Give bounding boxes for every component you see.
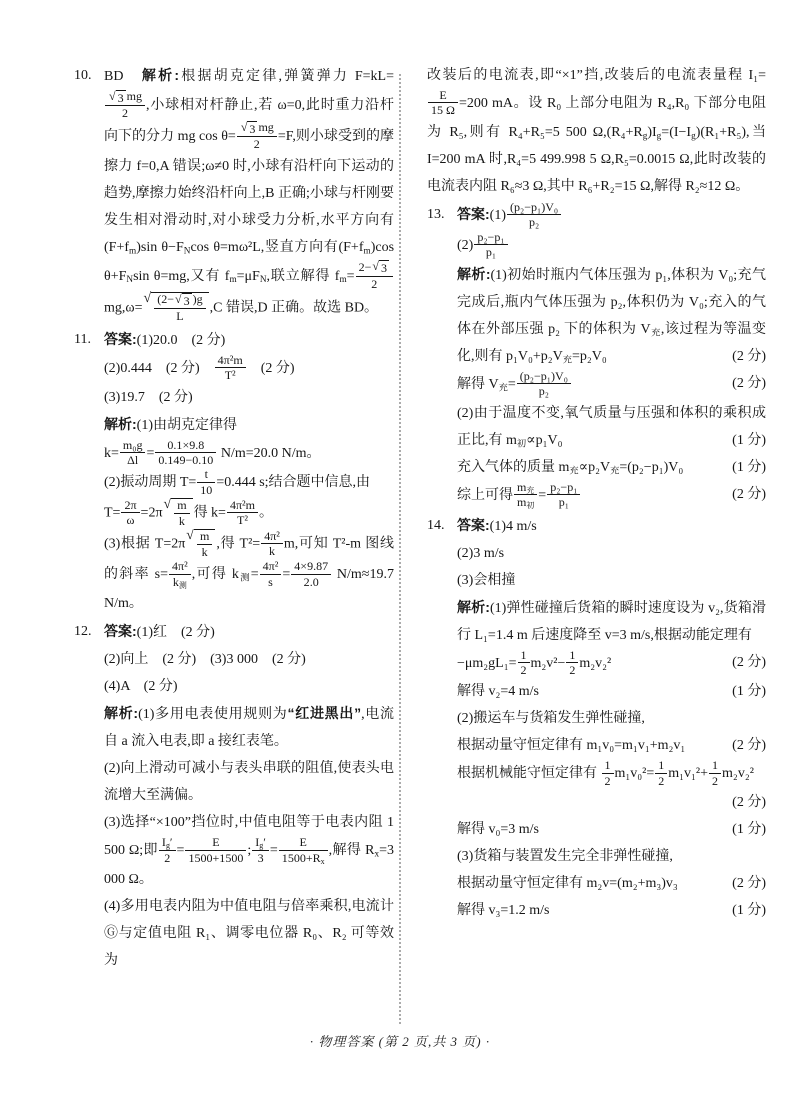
fraction-denominator: 0.149−0.10 <box>155 453 216 467</box>
fraction-denominator: T² <box>227 513 258 527</box>
paragraph: (2)p₂−p₁p₁ <box>457 231 766 261</box>
subscript: m <box>339 274 346 284</box>
radical-sign-icon: √ <box>164 498 172 513</box>
score-label: (2 分) <box>732 649 766 676</box>
paragraph: BD 解析:根据胡克定律,弹簧弹力 F=kL=√3mg2,小球相对杆静止,若 ω… <box>104 62 394 325</box>
radical-sign-icon: √ <box>109 90 116 103</box>
paragraph: (2)向上 (2 分) (3)3 000 (2 分) <box>104 646 394 673</box>
fraction: 4π²k <box>261 529 283 558</box>
fraction-denominator: 1500+1500 <box>185 851 246 865</box>
fraction: t10 <box>197 468 215 497</box>
fraction-numerator: Ig′ <box>252 835 269 850</box>
bold-text: 解析: <box>142 67 179 83</box>
fraction: 12 <box>709 759 721 788</box>
fraction-numerator: 2π <box>121 498 139 513</box>
paragraph: 根据机械能守恒定律有 12m₁v₀²=12m₁v₁²+12m₂v₂²(2 分) <box>457 759 766 816</box>
subscript: m <box>129 245 136 255</box>
radical-sign-icon: √ <box>175 293 182 306</box>
paragraph: (2)3 m/s <box>457 540 766 567</box>
fraction: Ig′3 <box>252 835 269 865</box>
radical-body: (2−√3)gL <box>151 292 208 324</box>
score-label: (1 分) <box>732 678 766 705</box>
fraction-denominator: 2 <box>566 663 578 677</box>
subscript: g <box>259 841 263 850</box>
answer-item: 改装后的电流表,即“×1”挡,改装后的电流表量程 I₁=E15 Ω=200 mA… <box>427 62 766 200</box>
paragraph: 解得 v₃=1.2 m/s(1 分) <box>457 897 766 924</box>
fraction-numerator: 4×9.87 <box>291 559 331 574</box>
radical: √mk <box>164 498 193 529</box>
fraction-denominator: 2 <box>237 137 277 151</box>
fraction: 12 <box>518 649 530 678</box>
fraction-denominator: p₁ <box>474 245 507 259</box>
radical: √3 <box>372 260 389 275</box>
radical: √(2−√3)gL <box>144 292 209 324</box>
fraction-denominator: T² <box>215 368 246 382</box>
fraction: p₂−p₁p₁ <box>474 231 507 260</box>
fraction-numerator: (2−√3)g <box>154 292 205 309</box>
right-column: 改装后的电流表,即“×1”挡,改装后的电流表量程 I₁=E15 Ω=200 mA… <box>427 62 766 925</box>
radical: √3 <box>109 90 126 105</box>
item-number: 11. <box>74 326 104 353</box>
item-number: 12. <box>74 618 104 645</box>
fraction: p₂−p₁p₁ <box>547 481 580 510</box>
fraction-denominator: p₂ <box>517 384 571 398</box>
radical-body: mk <box>171 498 192 529</box>
fraction-denominator: 2 <box>709 774 721 788</box>
paragraph: (3)货箱与装置发生完全非弹性碰撞, <box>457 843 766 870</box>
fraction: 4×9.872.0 <box>291 559 331 589</box>
subscript: 充 <box>563 354 572 364</box>
bold-text: 答案: <box>457 517 490 533</box>
score-label: (1 分) <box>732 454 766 481</box>
score-label: (1 分) <box>732 427 766 454</box>
bold-text: 答案: <box>457 206 490 222</box>
item-content: 答案:(1)红 (2 分)(2)向上 (2 分) (3)3 000 (2 分)(… <box>104 618 394 974</box>
paragraph: (4)多用电表内阻为中值电阻与倍率乘积,电流计Ⓖ与定值电阻 R₁、调零电位器 R… <box>104 893 394 974</box>
fraction: 2−√32 <box>356 260 393 291</box>
radical: √3 <box>241 121 258 136</box>
paragraph: −μm₂gL₁=12m₂v²−12m₂v₂²(2 分) <box>457 649 766 679</box>
fraction: 4π²s <box>260 559 282 589</box>
subscript: g <box>657 130 662 140</box>
fraction: Ig′2 <box>159 835 176 865</box>
answer-item: 12.答案:(1)红 (2 分)(2)向上 (2 分) (3)3 000 (2 … <box>74 618 394 974</box>
subscript: 初 <box>517 438 526 448</box>
fraction-denominator: p₁ <box>547 495 580 509</box>
fraction-denominator: 2 <box>655 774 667 788</box>
subscript: 充 <box>651 327 661 337</box>
fraction-numerator: 4π²m <box>227 498 258 513</box>
answer-item: 10.BD 解析:根据胡克定律,弹簧弹力 F=kL=√3mg2,小球相对杆静止,… <box>74 62 394 325</box>
paragraph: 解得 V充=(p₂−p₁)V₀p₂(2 分) <box>457 370 766 400</box>
fraction-numerator: E <box>279 835 328 850</box>
fraction-denominator: m初 <box>514 495 537 509</box>
fraction-denominator: 1500+Rx <box>279 851 328 865</box>
bold-text: 解析: <box>104 705 138 721</box>
fraction-numerator: √3mg <box>237 120 277 137</box>
item-number: 13. <box>427 201 457 228</box>
fraction-denominator: 2.0 <box>291 575 331 589</box>
paragraph: (3)选择“×100”挡位时,中值电阻等于电表内阻 1 500 Ω;即Ig′2=… <box>104 809 394 893</box>
left-column: 10.BD 解析:根据胡克定律,弹簧弹力 F=kL=√3mg2,小球相对杆静止,… <box>74 62 394 975</box>
subscript: 初 <box>526 501 534 510</box>
subscript: m <box>364 245 371 255</box>
fraction-denominator: 2 <box>356 277 393 291</box>
paragraph: 解得 v₀=3 m/s(1 分) <box>457 816 766 843</box>
column-divider <box>399 74 401 1024</box>
radical-body: 3 <box>116 90 126 105</box>
fraction: (p₂−p₁)V₀p₂ <box>507 201 561 230</box>
paragraph: 解析:(1)多用电表使用规则为“红进黑出”,电流自 a 流入电表,即 a 接红表… <box>104 700 394 755</box>
fraction: 2πω <box>121 498 139 527</box>
score-label: (1 分) <box>732 897 766 924</box>
answer-item: 14.答案:(1)4 m/s(2)3 m/s(3)会相撞解析:(1)弹性碰撞后货… <box>427 512 766 925</box>
radical-sign-icon: √ <box>144 292 152 307</box>
paragraph: (2)0.444 (2 分) 4π²mT² (2 分) <box>104 354 394 384</box>
fraction-denominator: L <box>154 309 205 323</box>
fraction: √3mg2 <box>105 89 145 120</box>
fraction-denominator: k测 <box>169 575 191 589</box>
fraction-numerator: p₂−p₁ <box>474 231 507 245</box>
item-number: 10. <box>74 62 104 89</box>
subscript: N <box>260 274 267 284</box>
score-label: (2 分) <box>732 789 766 816</box>
bold-text: 解析: <box>457 266 491 282</box>
item-content: 答案:(1)4 m/s(2)3 m/s(3)会相撞解析:(1)弹性碰撞后货箱的瞬… <box>457 512 766 925</box>
paragraph: 解得 v₂=4 m/s(1 分) <box>457 678 766 705</box>
fraction-numerator: m充 <box>514 481 537 495</box>
score-label: (2 分) <box>732 732 766 759</box>
fraction-numerator: m <box>174 498 189 513</box>
fraction-denominator: 2 <box>602 774 614 788</box>
paragraph: 解析:(1)初始时瓶内气体压强为 p₁,体积为 V₀;充气完成后,瓶内气体压强为… <box>457 261 766 370</box>
bold-text: “红进黑出” <box>288 705 362 721</box>
radical-body: 3 <box>379 260 389 275</box>
subscript: g <box>643 130 648 140</box>
paragraph: (4)A (2 分) <box>104 673 394 700</box>
paragraph: (3)会相撞 <box>457 567 766 594</box>
fraction-denominator: 2 <box>105 106 145 120</box>
fraction: 12 <box>655 759 667 788</box>
score-label: (2 分) <box>732 481 766 508</box>
item-number: 14. <box>427 512 457 539</box>
radical-sign-icon: √ <box>186 529 194 544</box>
fraction-numerator: √3mg <box>105 89 145 106</box>
fraction-numerator: (p₂−p₁)V₀ <box>517 370 571 384</box>
fraction: 4π²mT² <box>215 354 246 383</box>
fraction-numerator: (p₂−p₁)V₀ <box>507 201 561 215</box>
bold-text: 答案: <box>104 623 137 639</box>
fraction-numerator: m <box>197 529 212 544</box>
fraction-denominator: k <box>197 545 212 559</box>
score-label: (2 分) <box>732 343 766 370</box>
subscript: x <box>321 857 325 866</box>
fraction-numerator: 1 <box>655 759 667 773</box>
subscript: g <box>691 130 696 140</box>
fraction-numerator: 1 <box>709 759 721 773</box>
score-label: (2 分) <box>732 870 766 897</box>
paragraph: (2)由于温度不变,氧气质量与压强和体积的乘积成正比,有 m初∝p₁V₀(1 分… <box>457 400 766 454</box>
subscript: 充 <box>569 465 578 475</box>
page-footer: · 物理答案 (第 2 页,共 3 页) · <box>0 1031 800 1050</box>
subscript: x <box>374 849 379 859</box>
fraction-denominator: s <box>260 575 282 589</box>
subscript: g <box>166 841 170 850</box>
bold-text: 解析: <box>104 416 137 432</box>
item-content: BD 解析:根据胡克定律,弹簧弹力 F=kL=√3mg2,小球相对杆静止,若 ω… <box>104 62 394 325</box>
subscript: 测 <box>239 573 251 583</box>
paragraph: 解析:(1)由胡克定律得 <box>104 411 394 439</box>
subscript: 充 <box>499 382 508 392</box>
fraction-numerator: 1 <box>602 759 614 773</box>
subscript: 充 <box>526 486 534 495</box>
subscript: 测 <box>179 581 187 590</box>
fraction-numerator: 1 <box>566 649 578 663</box>
fraction-denominator: k <box>174 514 189 528</box>
radical-sign-icon: √ <box>241 121 248 134</box>
fraction: E1500+Rx <box>279 835 328 865</box>
radical-sign-icon: √ <box>372 260 379 273</box>
fraction: E15 Ω <box>428 88 458 118</box>
fraction-denominator: 2 <box>518 663 530 677</box>
fraction-numerator: t <box>197 468 215 482</box>
score-label: (2 分) <box>732 370 766 397</box>
paragraph: 答案:(1)4 m/s <box>457 512 766 540</box>
paragraph: 充入气体的质量 m充∝p₂V充=(p₂−p₁)V₀(1 分) <box>457 454 766 481</box>
fraction-denominator: k <box>261 544 283 558</box>
fraction-numerator: p₂−p₁ <box>547 481 580 495</box>
paragraph: (2)振动周期 T=t10=0.444 s;结合题中信息,由 <box>104 468 394 498</box>
fraction: m₀gΔl <box>120 439 146 468</box>
fraction-numerator: 4π²m <box>215 354 246 368</box>
fraction: √3mg2 <box>237 120 277 151</box>
subscript: m <box>229 274 236 284</box>
paragraph: T=2πω=2π√mk得 k=4π²mT²。 <box>104 498 394 529</box>
fraction-numerator: E <box>185 835 246 850</box>
fraction-numerator: m₀g <box>120 439 146 453</box>
subscript: 充 <box>610 465 619 475</box>
paragraph: (3)19.7 (2 分) <box>104 384 394 411</box>
radical-body: 3 <box>247 121 257 136</box>
subscript: N <box>126 274 133 284</box>
fraction: mk <box>197 529 212 559</box>
fraction-denominator: 3 <box>252 851 269 865</box>
fraction-denominator: ω <box>121 513 139 527</box>
fraction-numerator: 1 <box>518 649 530 663</box>
subscript: N <box>184 245 191 255</box>
paragraph: 答案:(1)红 (2 分) <box>104 618 394 646</box>
fraction-numerator: 0.1×9.8 <box>155 439 216 453</box>
fraction: (2−√3)gL <box>154 292 205 323</box>
fraction: mk <box>174 498 189 528</box>
paragraph: 答案:(1)(p₂−p₁)V₀p₂ <box>457 201 766 231</box>
fraction: E1500+1500 <box>185 835 246 865</box>
fraction-numerator: 4π² <box>260 559 282 574</box>
paragraph: 根据动量守恒定律有 m₁v₀=m₁v₁+m₂v₁(2 分) <box>457 732 766 759</box>
radical-body: 3 <box>182 293 192 308</box>
radical: √mk <box>186 529 215 560</box>
fraction-denominator: 15 Ω <box>428 103 458 117</box>
paragraph: k=m₀gΔl=0.1×9.80.149−0.10 N/m=20.0 N/m。 <box>104 439 394 469</box>
footer-text: · 物理答案 (第 2 页,共 3 页) · <box>310 1034 490 1049</box>
item-content: 答案:(1)20.0 (2 分)(2)0.444 (2 分) 4π²mT² (2… <box>104 326 394 617</box>
paragraph: 解析:(1)弹性碰撞后货箱的瞬时速度设为 v₂,货箱滑行 L₁=1.4 m 后速… <box>457 594 766 649</box>
bold-text: 解析: <box>457 599 490 615</box>
paragraph: 改装后的电流表,即“×1”挡,改装后的电流表量程 I₁=E15 Ω=200 mA… <box>427 62 766 200</box>
fraction: 12 <box>566 649 578 678</box>
fraction-numerator: 2−√3 <box>356 260 393 277</box>
radical: √3 <box>175 293 192 308</box>
fraction-numerator: 4π² <box>169 559 191 574</box>
paragraph: (2)向上滑动可减小与表头串联的阻值,使表头电流增大至满偏。 <box>104 755 394 809</box>
paragraph: 综上可得m充m初=p₂−p₁p₁(2 分) <box>457 481 766 511</box>
answer-item: 13.答案:(1)(p₂−p₁)V₀p₂(2)p₂−p₁p₁解析:(1)初始时瓶… <box>427 201 766 511</box>
fraction-denominator: 10 <box>197 483 215 497</box>
paragraph: (3)根据 T=2π√mk,得 T²=4π²km,可知 T²-m 图线的斜率 s… <box>104 529 394 617</box>
bold-text: 答案: <box>104 331 137 347</box>
fraction: m充m初 <box>514 481 537 510</box>
fraction: 4π²k测 <box>169 559 191 589</box>
fraction-denominator: 2 <box>159 851 176 865</box>
fraction-denominator: p₂ <box>507 215 561 229</box>
item-content: 改装后的电流表,即“×1”挡,改装后的电流表量程 I₁=E15 Ω=200 mA… <box>427 62 766 200</box>
fraction-numerator: Ig′ <box>159 835 176 850</box>
paragraph: 答案:(1)20.0 (2 分) <box>104 326 394 354</box>
paragraph: (2)搬运车与货箱发生弹性碰撞, <box>457 705 766 732</box>
fraction-denominator: Δl <box>120 453 146 467</box>
fraction: 0.1×9.80.149−0.10 <box>155 439 216 468</box>
item-content: 答案:(1)(p₂−p₁)V₀p₂(2)p₂−p₁p₁解析:(1)初始时瓶内气体… <box>457 201 766 511</box>
fraction-numerator: E <box>428 88 458 103</box>
radical-body: mk <box>194 529 215 560</box>
fraction: 12 <box>602 759 614 788</box>
answer-item: 11.答案:(1)20.0 (2 分)(2)0.444 (2 分) 4π²mT²… <box>74 326 394 617</box>
paragraph: 根据动量守恒定律有 m₂v=(m₂+m₃)v₃(2 分) <box>457 870 766 897</box>
fraction-numerator: 4π² <box>261 529 283 544</box>
fraction: (p₂−p₁)V₀p₂ <box>517 370 571 399</box>
fraction: 4π²mT² <box>227 498 258 527</box>
score-label: (1 分) <box>732 816 766 843</box>
